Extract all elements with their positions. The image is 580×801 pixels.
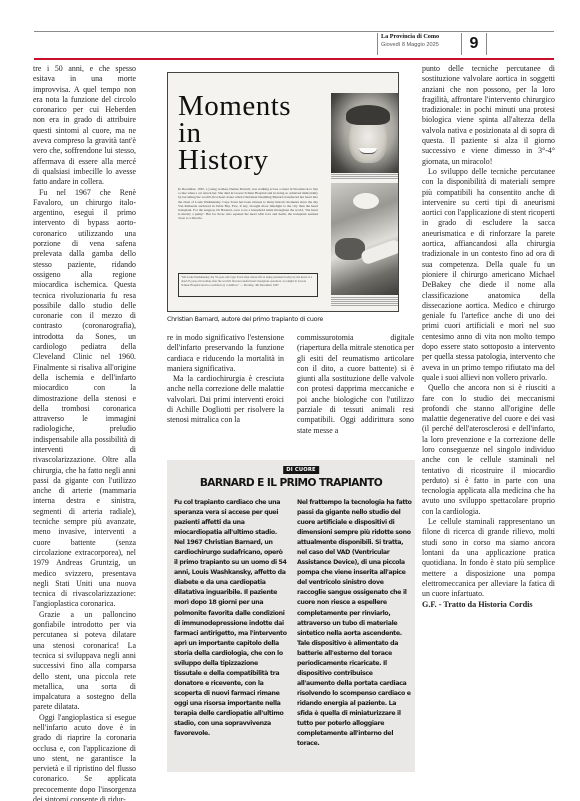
article-column-left: tre i 50 anni, e che spesso esitava in u… [33, 64, 136, 801]
article-column-right: punto delle tecniche percutanee di sosti… [422, 64, 555, 611]
arm-shape [360, 239, 399, 266]
sidebar-title: BARNARD E IL PRIMO TRAPIANTO [167, 477, 415, 489]
paragraph: tre i 50 anni, e che spesso esitava in u… [33, 64, 136, 188]
paragraph: Quello che ancora non si è riusciti a fa… [422, 383, 555, 517]
paragraph: commissurotomia digitale (riapertura del… [297, 333, 414, 436]
sidebar-kicker: DI CUORE [283, 466, 319, 474]
paragraph: Le cellule staminali rappresentano un fi… [422, 517, 555, 599]
barnard-portrait-photo [331, 93, 399, 173]
paragraph: Fu nel 1967 che Renè Favaloro, un chirur… [33, 188, 136, 610]
paragraph: Oggi l'angioplastica si esegue nell'infa… [33, 713, 136, 801]
header-rule [34, 31, 554, 32]
photo-caption-lines [331, 297, 399, 307]
paragraph: re in modo significativo l'estensione de… [167, 333, 284, 374]
masthead: La Provincia di Como Giovedì 8 Maggio 20… [377, 33, 461, 55]
clipping-blurb: In December, 1967, a young woman, Denise… [178, 187, 318, 221]
clipping-title: MomentsinHistory [178, 93, 291, 174]
paragraph: Lo sviluppo delle tecniche percutanee co… [422, 167, 555, 383]
page-number: 9 [461, 33, 487, 55]
moments-in-history-clipping: MomentsinHistory In December, 1967, a yo… [167, 72, 399, 312]
surgeon-mask-shape [353, 193, 379, 209]
paragraph: punto delle tecniche percutanee di sosti… [422, 64, 555, 167]
surgery-photo [331, 183, 399, 295]
paragraph: Ma la cardiochirurgia è cresciuta anche … [167, 374, 284, 425]
newspaper-name: La Provincia di Como [381, 33, 461, 41]
issue-date: Giovedì 8 Maggio 2025 [381, 41, 461, 49]
article-signature: G.F. - Tratto da Historia Cordis [422, 600, 555, 611]
article-column-middle-b: commissurotomia digitale (riapertura del… [297, 333, 414, 436]
photo-caption-lines [331, 174, 399, 180]
hair-shape [346, 105, 390, 125]
article-column-middle-a: re in modo significativo l'estensione de… [167, 333, 284, 426]
image-caption: Christian Barnard, autore del primo trap… [167, 315, 399, 323]
sidebar-box: DI CUORE BARNARD E IL PRIMO TRAPIANTO Fu… [167, 460, 415, 772]
paragraph: Grazie a un palloncino gonfiabile introd… [33, 610, 136, 713]
clipping-quote: "Mr Louis Washkansky, the 55-year-old Ca… [178, 273, 318, 297]
sidebar-column-a: Fu col trapianto cardiaco che una speran… [174, 498, 287, 739]
header-accent-rule [34, 58, 554, 60]
sidebar-column-b: Nel frattempo la tecnologia ha fatto pas… [297, 498, 412, 749]
